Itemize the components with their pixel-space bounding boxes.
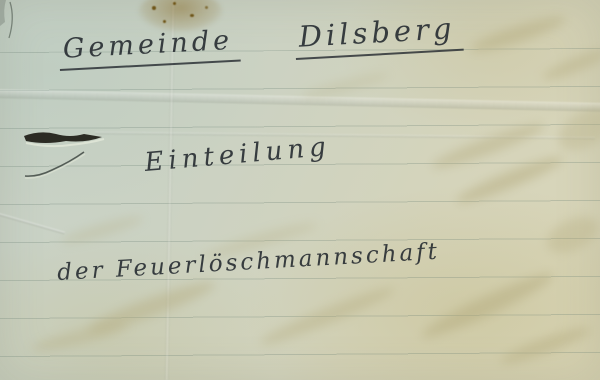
stain-speck (163, 20, 166, 23)
stain-speck (152, 6, 156, 10)
text-gemeinde: Gemeinde (58, 25, 241, 71)
corner-crack (0, 0, 60, 60)
paper-tear (0, 120, 130, 220)
text-dilsberg: Dilsberg (294, 11, 464, 60)
ink-smudge (30, 318, 130, 356)
stain-speck (205, 6, 208, 9)
stain-speck (190, 14, 194, 17)
horizontal-fold-crease (0, 89, 600, 112)
ink-smudge (540, 45, 600, 84)
ink-smudge (498, 322, 592, 369)
ink-smudge (257, 281, 397, 350)
manuscript-photo: Gemeinde Dilsberg Einteilung der Feuerlö… (0, 0, 600, 380)
stain-speck (173, 2, 176, 5)
ink-smudge (541, 210, 600, 260)
ink-smudge (418, 266, 557, 344)
ink-smudge (468, 11, 568, 57)
